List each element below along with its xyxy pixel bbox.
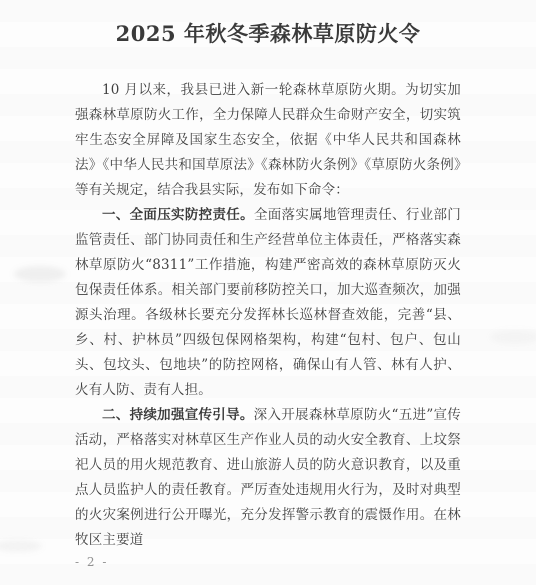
paragraph-section-2-text: 深入开展森林草原防火“五进”宣传活动，严格落实对林草区生产作业人员的动火安全教育…: [75, 407, 461, 548]
paragraph-intro-text: 10 月以来，我县已进入新一轮森林草原防火期。为切实加强森林草原防火工作，全力保…: [75, 82, 461, 198]
page-number: - 2 -: [75, 554, 108, 570]
paragraph-section-2: 二、持续加强宣传引导。深入开展森林草原防火“五进”宣传活动，严格落实对林草区生产…: [75, 403, 461, 553]
paragraph-section-2-heading: 二、持续加强宣传引导。: [102, 407, 254, 423]
paragraph-intro: 10 月以来，我县已进入新一轮森林草原防火期。为切实加强森林草原防火工作，全力保…: [75, 78, 461, 203]
scan-smudge: [14, 266, 66, 282]
paragraph-section-1-heading: 一、全面压实防控责任。: [102, 207, 254, 223]
paragraph-section-1: 一、全面压实防控责任。全面落实属地管理责任、行业部门监管责任、部门协同责任和生产…: [75, 203, 461, 403]
scan-smudge: [0, 540, 42, 552]
document-title: 2025 年秋冬季森林草原防火令: [0, 0, 536, 50]
scanned-document-page: 2025 年秋冬季森林草原防火令 10 月以来，我县已进入新一轮森林草原防火期。…: [0, 0, 536, 585]
document-body: 10 月以来，我县已进入新一轮森林草原防火期。为切实加强森林草原防火工作，全力保…: [75, 78, 461, 553]
paragraph-section-1-text: 全面落实属地管理责任、行业部门监管责任、部门协同责任和生产经营单位主体责任，严格…: [75, 207, 461, 398]
scan-smudge: [490, 330, 536, 344]
